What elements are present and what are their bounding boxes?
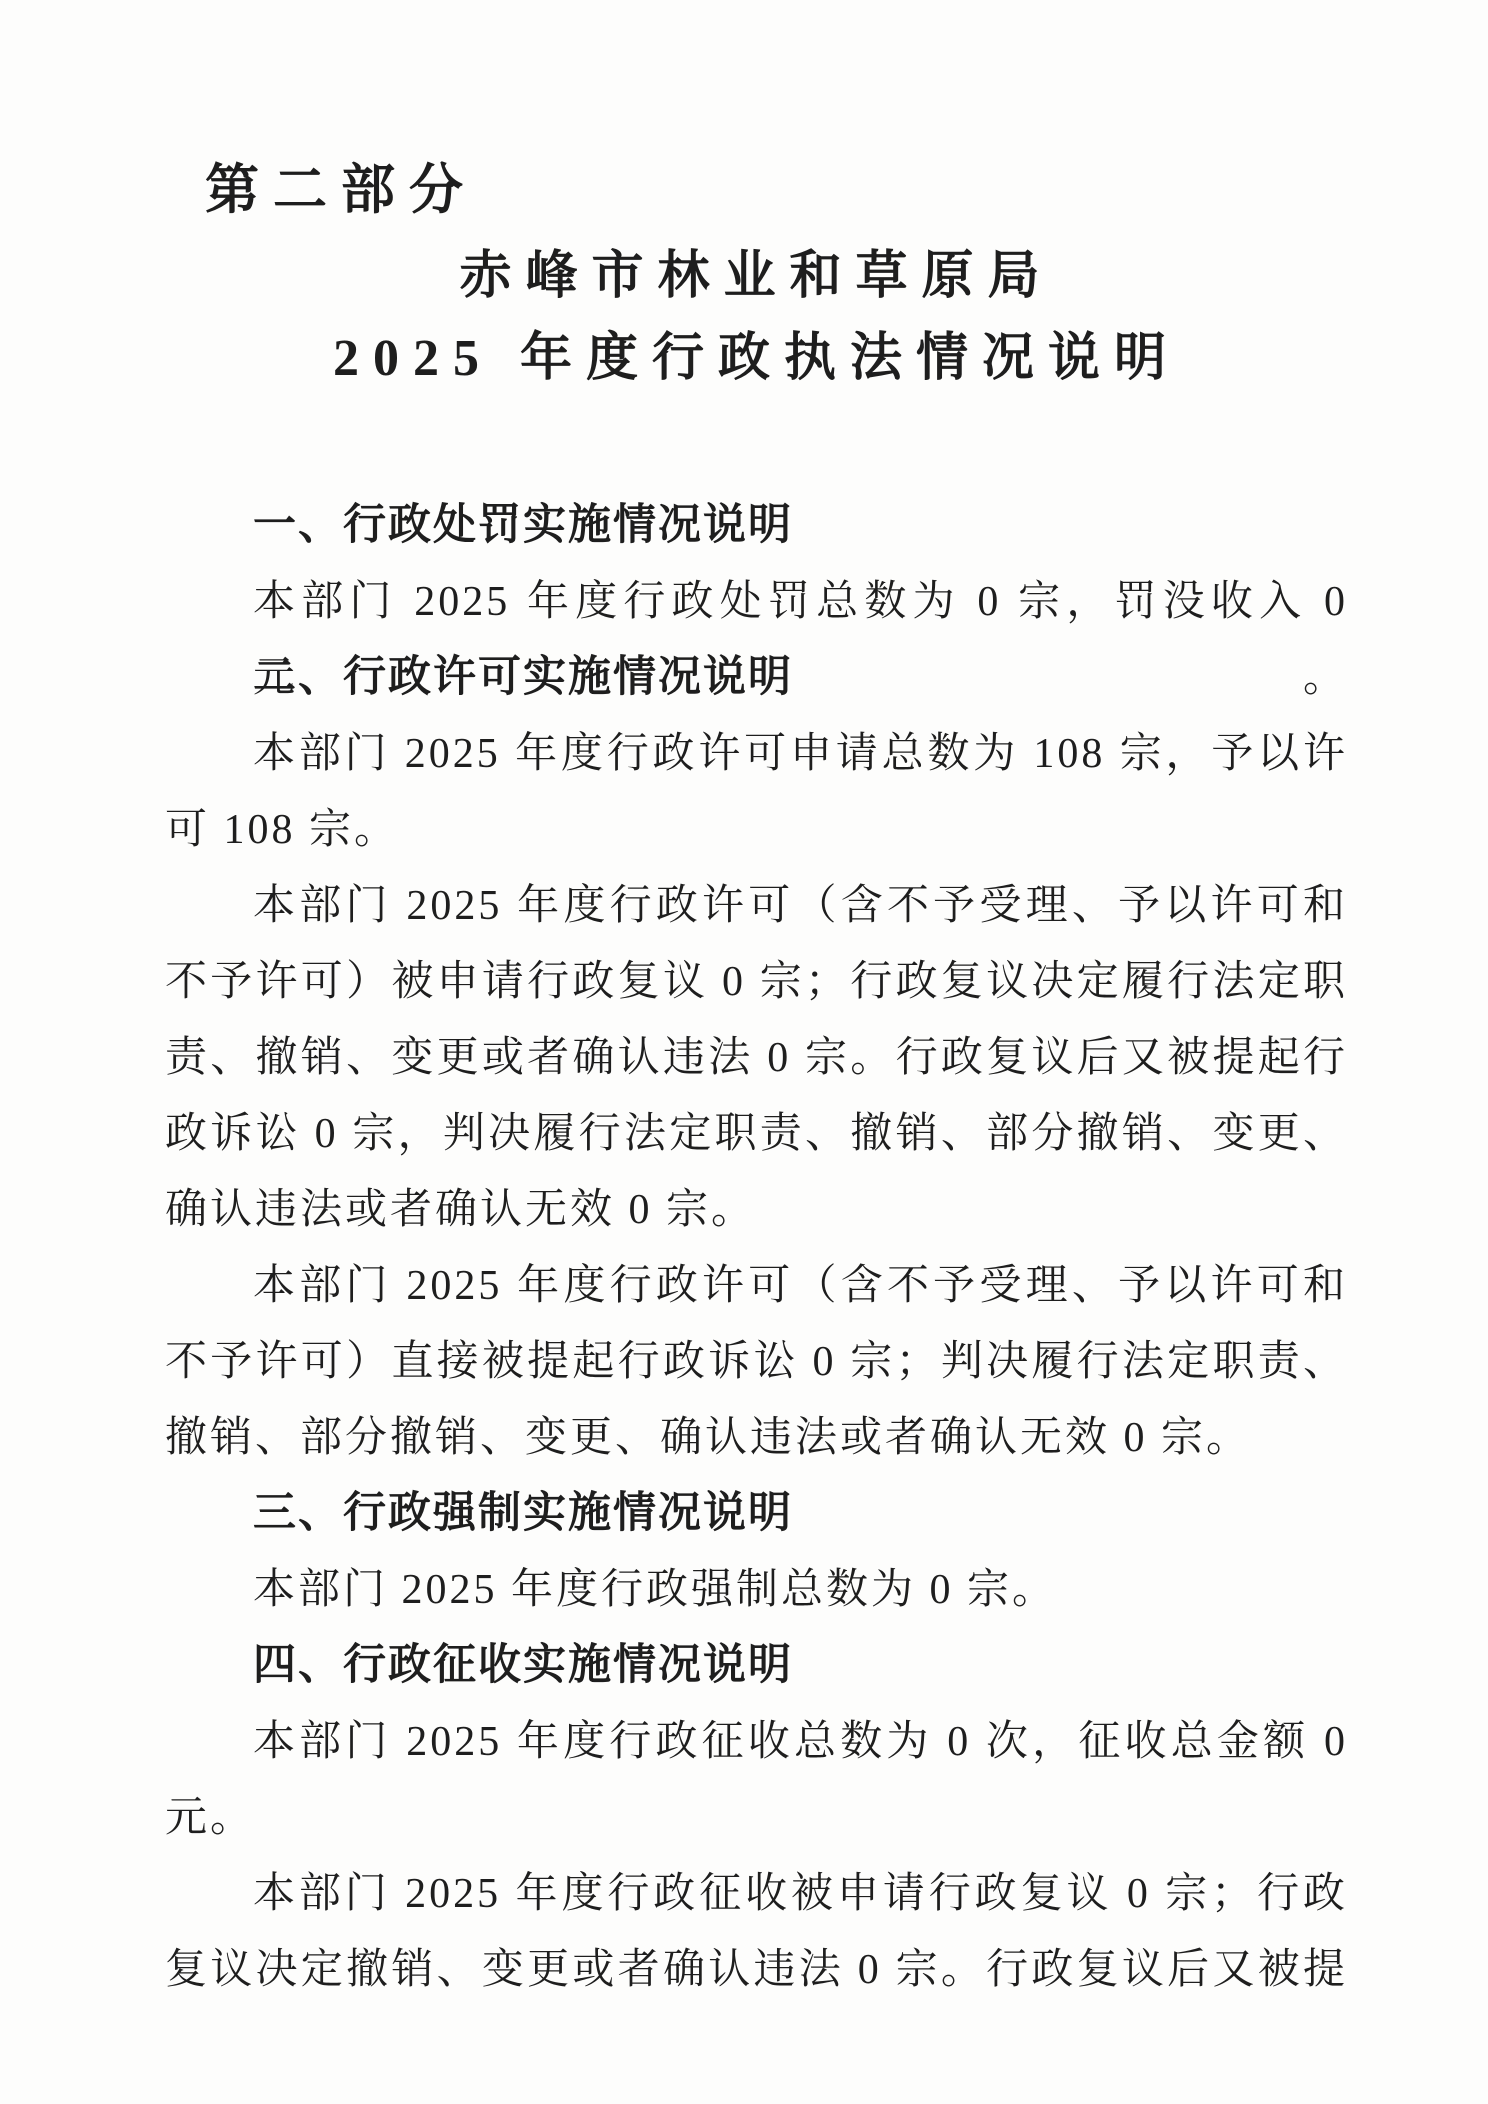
document-title: 赤峰市林业和草原局 2025 年度行政执法情况说明 <box>165 236 1348 400</box>
section-heading-3: 三、行政强制实施情况说明 <box>165 1476 1348 1552</box>
paragraph-line: 撤销、部分撤销、变更、确认违法或者确认无效 0 宗。 <box>165 1400 1348 1476</box>
title-line-1: 赤峰市林业和草原局 <box>165 236 1348 318</box>
paragraph-line: 本部门 2025 年度行政许可申请总数为 108 宗，予以许 <box>165 716 1348 792</box>
paragraph-line: 责、撤销、变更或者确认违法 0 宗。行政复议后又被提起行 <box>165 1020 1348 1096</box>
paragraph-line: 元。 <box>165 1780 1348 1856</box>
section-heading-1: 一、行政处罚实施情况说明 <box>165 488 1348 564</box>
paragraph-line: 本部门 2025 年度行政征收总数为 0 次，征收总金额 0 <box>165 1704 1348 1780</box>
paragraph-line: 本部门 2025 年度行政强制总数为 0 宗。 <box>165 1552 1348 1628</box>
paragraph-line: 本部门 2025 年度行政许可（含不予受理、予以许可和 <box>165 868 1348 944</box>
paragraph-line: 本部门 2025 年度行政征收被申请行政复议 0 宗；行政 <box>165 1856 1348 1932</box>
title-line-2: 2025 年度行政执法情况说明 <box>165 318 1348 400</box>
section-heading-4: 四、行政征收实施情况说明 <box>165 1628 1348 1704</box>
paragraph-line: 政诉讼 0 宗，判决履行法定职责、撤销、部分撤销、变更、 <box>165 1096 1348 1172</box>
document-page: 第二部分 赤峰市林业和草原局 2025 年度行政执法情况说明 一、行政处罚实施情… <box>0 0 1488 2104</box>
part-label: 第二部分 <box>205 150 1348 230</box>
paragraph-line: 可 108 宗。 <box>165 792 1348 868</box>
paragraph-line: 本部门 2025 年度行政处罚总数为 0 宗，罚没收入 0 元。 <box>165 564 1348 640</box>
paragraph-line: 不予许可）直接被提起行政诉讼 0 宗；判决履行法定职责、 <box>165 1324 1348 1400</box>
paragraph-line: 不予许可）被申请行政复议 0 宗；行政复议决定履行法定职 <box>165 944 1348 1020</box>
paragraph-line: 本部门 2025 年度行政许可（含不予受理、予以许可和 <box>165 1248 1348 1324</box>
paragraph-line: 确认违法或者确认无效 0 宗。 <box>165 1172 1348 1248</box>
paragraph-line: 复议决定撤销、变更或者确认违法 0 宗。行政复议后又被提 <box>165 1932 1348 2008</box>
